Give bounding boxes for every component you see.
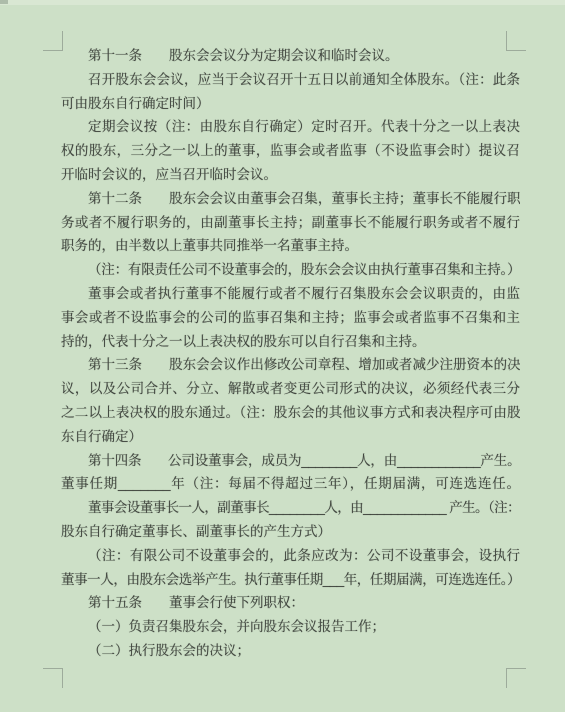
text-line[interactable]: 第十一条 股东会会议分为定期会议和临时会议。: [61, 44, 520, 68]
text-line[interactable]: 董事任期_______年（注：每届不得超过三年），任期届满，可连选连任。: [61, 472, 520, 496]
text-line[interactable]: 第十四条 公司设董事会，成员为________人，由____________产生…: [61, 449, 520, 473]
text-line[interactable]: 职务的，由半数以上董事共同推举一名董事主持。: [61, 234, 520, 258]
text-line[interactable]: （注：有限公司不设董事会的，此条应改为：公司不设董事会，设执行: [61, 544, 520, 568]
document-page: 第十一条 股东会会议分为定期会议和临时会议。召开股东会会议，应当于会议召开十五日…: [0, 0, 565, 712]
text-line[interactable]: 可由股东自行确定时间）: [61, 92, 520, 116]
text-line[interactable]: 议，以及公司合并、分立、解散或者变更公司形式的决议，必须经代表三分: [61, 377, 520, 401]
text-boundary-mark-bottom-right: [506, 668, 526, 688]
text-line[interactable]: 务或者不履行职务的，由副董事长主持；副董事长不能履行职务或者不履行: [61, 211, 520, 235]
text-line[interactable]: 股东自行确定董事长、副董事长的产生方式）: [61, 520, 520, 544]
text-line[interactable]: 召开股东会会议，应当于会议召开十五日以前通知全体股东。（注：此条: [61, 68, 520, 92]
text-line[interactable]: 开临时会议的，应当召开临时会议。: [61, 163, 520, 187]
document-text[interactable]: 第十一条 股东会会议分为定期会议和临时会议。召开股东会会议，应当于会议召开十五日…: [61, 44, 520, 664]
text-line[interactable]: （一）负责召集股东会，并向股东会议报告工作；: [61, 615, 520, 639]
page-top-edge: [0, 0, 565, 5]
text-line[interactable]: 定期会议按（注：由股东自行确定）定时召开。代表十分之一以上表决: [61, 115, 520, 139]
text-boundary-mark-top-left: [43, 31, 63, 51]
text-line[interactable]: 董事会或者执行董事不能履行或者不履行召集股东会会议职责的，由监: [61, 282, 520, 306]
text-line[interactable]: 第十三条 股东会会议作出修改公司章程、增加或者减少注册资本的决: [61, 353, 520, 377]
text-line[interactable]: 董事一人，由股东会选举产生。执行董事任期___年，任期届满，可连选连任。）: [61, 568, 520, 592]
screenshot-artifact: [0, 0, 8, 4]
text-line[interactable]: 持的，代表十分之一以上表决权的股东可以自行召集和主持。: [61, 330, 520, 354]
text-line[interactable]: （注：有限责任公司不设董事会的，股东会会议由执行董事召集和主持。）: [61, 258, 520, 282]
text-line[interactable]: 事会或者不设监事会的公司的监事召集和主持；监事会或者监事不召集和主: [61, 306, 520, 330]
text-line[interactable]: 第十五条 董事会行使下列职权：: [61, 591, 520, 615]
text-boundary-mark-bottom-left: [43, 668, 63, 688]
text-line[interactable]: （二）执行股东会的决议；: [61, 639, 520, 663]
text-line[interactable]: 之二以上表决权的股东通过。（注：股东会的其他议事方式和表决程序可由股: [61, 401, 520, 425]
text-line[interactable]: 权的股东，三分之一以上的董事，监事会或者监事（不设监事会时）提议召: [61, 139, 520, 163]
text-line[interactable]: 董事会设董事长一人，副董事长________人，由____________ 产生…: [61, 496, 520, 520]
text-line[interactable]: 第十二条 股东会会议由董事会召集，董事长主持；董事长不能履行职: [61, 187, 520, 211]
text-line[interactable]: 东自行确定）: [61, 425, 520, 449]
